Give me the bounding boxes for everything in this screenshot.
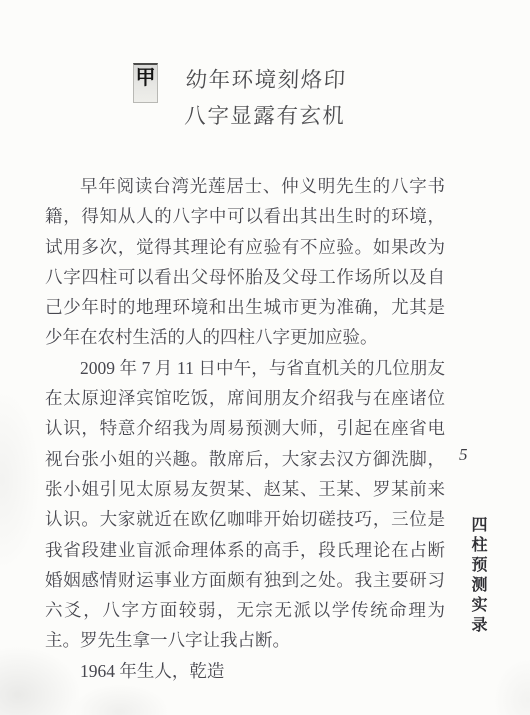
section-marker-badge: 甲 (133, 63, 158, 103)
section-header: 甲 幼年环境刻烙印 八字显露有玄机 (133, 63, 346, 134)
body-paragraph-2: 2009 年 7 月 11 日中午，与省直机关的几位朋友在太原迎泽宾馆吃饭，席间… (45, 353, 445, 656)
body-paragraph-1: 早年阅读台湾光莲居士、仲义明先生的八字书籍，得知从人的八字中可以看出其出生时的环… (45, 171, 445, 353)
book-page: 甲 幼年环境刻烙印 八字显露有玄机 早年阅读台湾光莲居士、仲义明先生的八字书籍，… (0, 0, 530, 715)
page-number: 5 (459, 445, 468, 465)
body-paragraph-3: 1964 年生人，乾造 (45, 656, 445, 686)
book-series-title-vertical: 四柱预测实录 (466, 516, 489, 636)
chapter-title: 幼年环境刻烙印 八字显露有玄机 (184, 62, 348, 134)
chapter-title-line-2: 八字显露有玄机 (184, 98, 346, 134)
body-text-block: 早年阅读台湾光莲居士、仲义明先生的八字书籍，得知从人的八字中可以看出其出生时的环… (45, 171, 445, 686)
chapter-title-line-1: 幼年环境刻烙印 (185, 62, 347, 98)
